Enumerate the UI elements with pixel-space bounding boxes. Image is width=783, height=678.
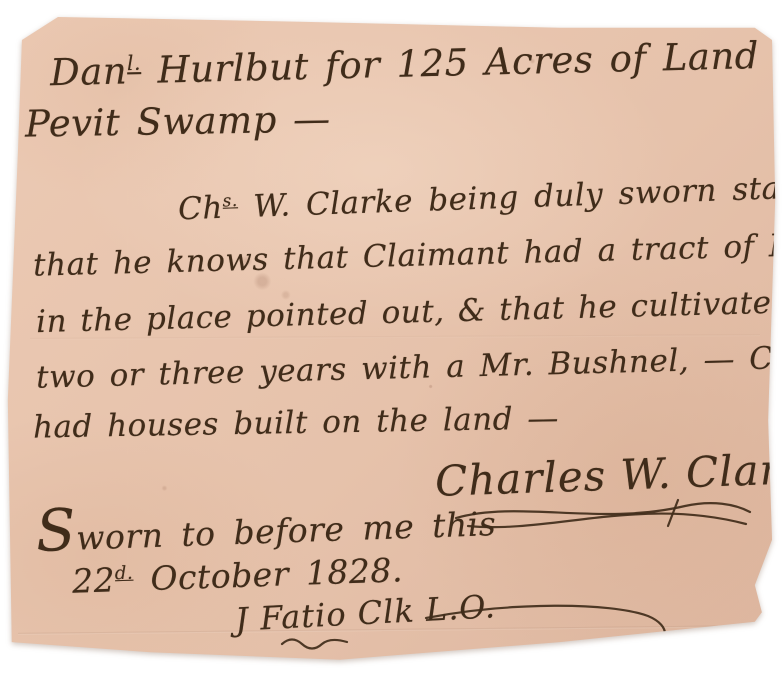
body-line-5: had houses built on the land — bbox=[33, 400, 559, 445]
clerk-signature: J Fatio Clk L.O. bbox=[234, 587, 497, 639]
text-segment: W. Clarke being duly sworn states bbox=[237, 169, 783, 226]
text-segment: two or three years with a Mr. Bushnel, —… bbox=[36, 339, 783, 396]
superscript: s. bbox=[222, 191, 238, 212]
body-line-2: that he knows that Claimant had a tract … bbox=[33, 226, 783, 283]
text-segment: Hurlbut for 125 Acres of Land in bbox=[141, 33, 783, 92]
body-line-4: two or three years with a Mr. Bushnel, —… bbox=[36, 338, 783, 395]
text-segment: Ch bbox=[178, 190, 224, 228]
witness-signature: Charles W. Clarke bbox=[434, 443, 783, 506]
attestation-line-1: Sworn to before me this bbox=[35, 498, 496, 559]
body-line-3: in the place pointed out, & that he cult… bbox=[36, 282, 783, 340]
text-segment: Dan bbox=[50, 49, 128, 94]
attestation-line-2: 22d. October 1828. bbox=[71, 550, 403, 601]
text-segment: October 1828. bbox=[133, 550, 404, 598]
superscript: d. bbox=[114, 563, 133, 585]
document-scan: Danl. Hurlbut for 125 Acres of Land in P… bbox=[0, 0, 783, 678]
paper-wrapper: Danl. Hurlbut for 125 Acres of Land in P… bbox=[0, 0, 783, 678]
title-line-2: Pevit Swamp — bbox=[25, 97, 331, 145]
title-line-1: Danl. Hurlbut for 125 Acres of Land in bbox=[50, 33, 783, 95]
superscript: l. bbox=[127, 51, 142, 75]
clerk-underline-flourish bbox=[280, 636, 350, 650]
body-line-1: Chs. W. Clarke being duly sworn states bbox=[178, 169, 783, 228]
paper: Danl. Hurlbut for 125 Acres of Land in P… bbox=[0, 0, 783, 678]
text-segment: 22 bbox=[71, 560, 115, 600]
